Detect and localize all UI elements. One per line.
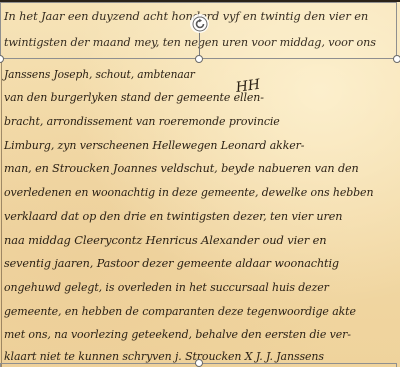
marginal-note: HH	[235, 77, 261, 96]
text-line-3: Janssens Joseph, schout, ambtenaar	[4, 68, 195, 81]
resize-handle-bottom-right[interactable]	[393, 55, 400, 63]
rotate-icon[interactable]	[190, 14, 209, 33]
text-line-10: naa middag Cleerycontz Henricus Alexande…	[4, 234, 327, 247]
text-line-6: Limburg, zyn verscheenen Hellewegen Leon…	[4, 139, 304, 152]
text-line-8: overledenen en woonachtig in deze gemeen…	[4, 186, 373, 199]
text-line-7: man, en Stroucken Joannes veldschut, bey…	[4, 162, 359, 175]
text-line-5: bracht, arrondissement van roeremonde pr…	[4, 115, 280, 128]
text-line-13: gemeente, en hebben de comparanten deze …	[4, 305, 356, 318]
resize-handle-lower-top-center[interactable]	[195, 359, 203, 367]
left-margin-line	[1, 58, 2, 367]
text-line-11: seventig jaaren, Pastoor dezer gemeente …	[4, 257, 339, 270]
text-line-12: ongehuwd gelegt, is overleden in het suc…	[4, 281, 329, 294]
text-line-14: met ons, na voorlezing geteekend, behalv…	[4, 328, 351, 341]
text-line-15-signatures: klaart niet te kunnen schryven j. Strouc…	[4, 350, 324, 363]
resize-handle-bottom-center[interactable]	[195, 55, 203, 63]
text-line-9: verklaard dat op den drie en twintigsten…	[4, 210, 342, 223]
text-line-4: van den burgerlyken stand der gemeente e…	[4, 91, 264, 104]
